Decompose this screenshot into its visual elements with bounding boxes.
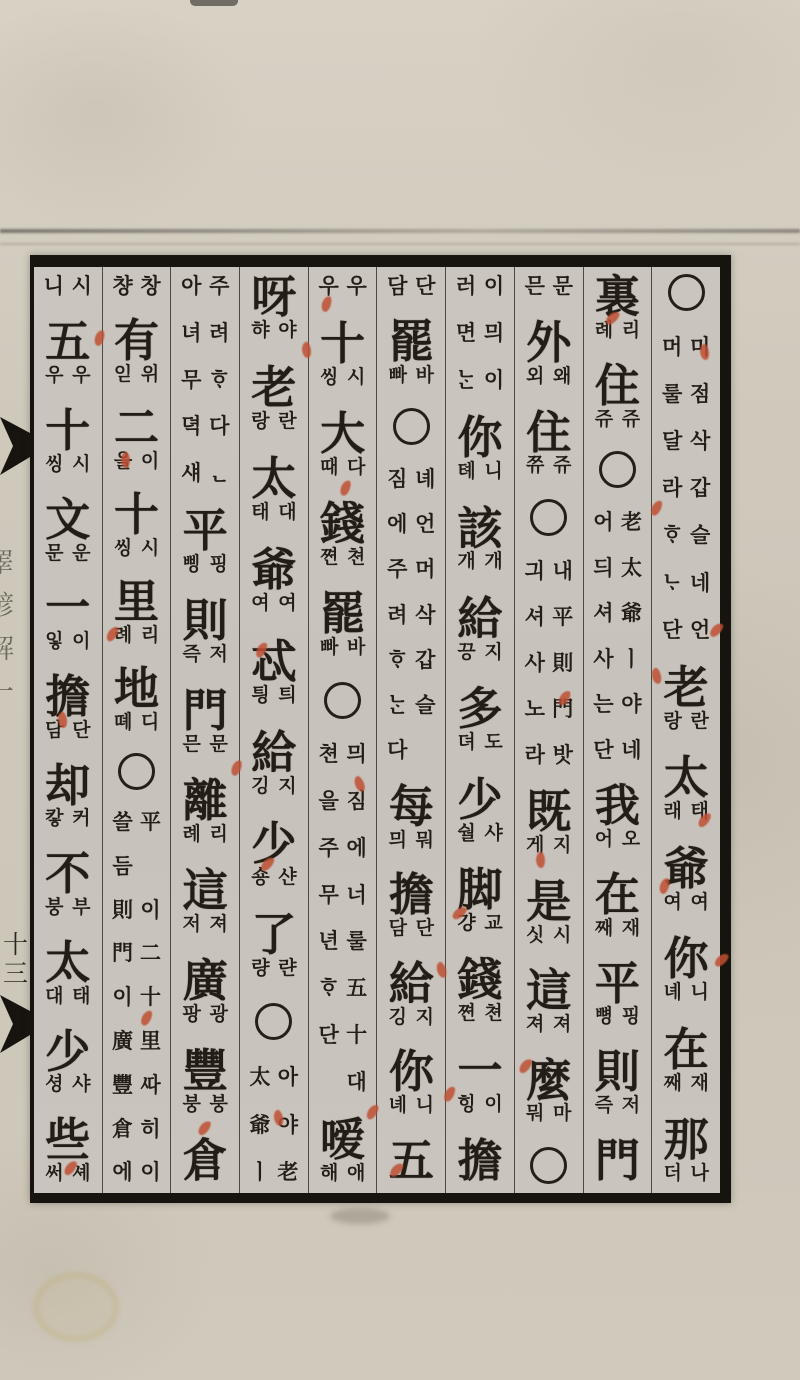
korean-gloss-pair: 倉히: [110, 1117, 164, 1141]
hanja-glyph: 門: [183, 688, 228, 734]
reading-pair: 믜뭐: [385, 830, 437, 851]
hanja-unit: 你녜니: [660, 936, 712, 1003]
hanja-unit: 倉: [183, 1138, 228, 1184]
gloss-left: 긔: [522, 559, 548, 583]
hanja-glyph: 擔: [389, 872, 434, 918]
hanja-unit: 里례리: [111, 579, 163, 646]
gloss-right: 이: [138, 451, 163, 472]
hanja-unit: 給깅지: [385, 961, 437, 1028]
gloss-left: 태: [248, 502, 273, 523]
fold-crease-line: [0, 229, 800, 233]
hanja-unit: 十씽시: [111, 492, 163, 559]
gloss-left: 듸: [590, 556, 616, 580]
gloss-right: 점: [687, 382, 713, 406]
reading-pair: 뭐마: [523, 1103, 575, 1124]
hanja-glyph: 太: [664, 755, 709, 801]
gloss-right: 언: [687, 618, 713, 642]
hanja-glyph: 錢: [458, 957, 503, 1003]
gloss-right: 지: [275, 776, 300, 797]
gloss-right: 도: [481, 732, 506, 753]
hanja-glyph: 爺: [664, 846, 709, 892]
reading-pair: 숼샤: [454, 823, 506, 844]
gloss-right: 다: [344, 457, 369, 478]
gloss-left: 머: [659, 335, 685, 359]
gloss-right: 왜: [550, 366, 575, 387]
gloss-right: 十: [344, 1023, 370, 1047]
reading-pair: 즉저: [179, 644, 231, 665]
hanja-glyph: 有: [114, 318, 159, 364]
hanja-glyph: 里: [114, 579, 159, 625]
gloss-left: 뎍: [178, 414, 204, 438]
gloss-left: 져: [523, 1014, 548, 1035]
reading-pair: 뎌도: [454, 732, 506, 753]
hanja-glyph: 五: [45, 319, 90, 365]
gloss-right: 단: [412, 274, 438, 298]
korean-gloss-pair: 주머: [384, 557, 438, 581]
gloss-left: 째: [591, 918, 616, 939]
gloss-right: 삭: [412, 603, 438, 627]
korean-gloss-pair: ᄂᆞᆫ이: [453, 368, 507, 392]
gloss-left: 則: [110, 898, 136, 922]
gloss-left: 門: [110, 941, 136, 965]
gloss-right: 우: [344, 274, 370, 298]
korean-gloss-pair: ᄒᆞ五: [316, 976, 370, 1000]
reading-pair: 담단: [385, 918, 437, 939]
hanja-glyph: 在: [595, 872, 640, 918]
gloss-right: 틔: [275, 685, 300, 706]
reading-pair: 쥬쥬: [591, 409, 643, 430]
gloss-right: 老: [618, 510, 644, 534]
hanja-glyph: 離: [183, 778, 228, 824]
gloss-left: 싯: [523, 925, 548, 946]
reading-pair: 깅지: [385, 1007, 437, 1028]
gloss-right: 짐: [344, 789, 370, 813]
gloss-right: 五: [344, 976, 370, 1000]
gloss-right: 이: [481, 274, 507, 298]
paper-stain: [33, 1272, 119, 1342]
korean-gloss-pair: 門二: [110, 941, 164, 965]
gloss-right: 내: [550, 559, 576, 583]
reading-pair: 여여: [660, 892, 712, 913]
reading-pair: 문운: [42, 543, 94, 564]
gloss-left: 담: [384, 274, 410, 298]
gloss-left: 씽: [42, 454, 67, 475]
hanja-glyph: 十: [320, 321, 365, 367]
gloss-right: 네: [687, 571, 713, 595]
gloss-left: 에: [384, 512, 410, 536]
gloss-right: ᄒᆞ: [206, 368, 232, 392]
gloss-right: 리: [206, 824, 231, 845]
korean-gloss-pair: 니시: [41, 274, 95, 298]
korean-gloss-pair: 러이: [453, 274, 507, 298]
folio-number: 十三: [3, 931, 28, 989]
gloss-right: 에: [344, 836, 370, 860]
spine-title-char: 解: [0, 636, 22, 663]
gloss-right: 커: [69, 808, 94, 829]
gloss-left: 힝: [454, 1094, 479, 1115]
gloss-right: 단: [412, 918, 437, 939]
gloss-right: 갑: [412, 648, 438, 672]
gloss-right: 붕: [206, 1094, 231, 1115]
gloss-right: 부: [69, 897, 94, 918]
gloss-left: 때: [317, 457, 342, 478]
hanja-unit: 五: [389, 1138, 434, 1184]
hanja-unit: 我어오: [591, 783, 643, 850]
gloss-left: 을: [316, 789, 342, 813]
korean-gloss-pair: 廣里: [110, 1029, 164, 1053]
reading-pair: 셩샤: [42, 1074, 94, 1095]
reading-pair: 톄니: [454, 461, 506, 482]
hanja-unit: 給끙지: [454, 596, 506, 663]
reading-pair: 째재: [660, 1073, 712, 1094]
hanja-glyph: 麼: [526, 1058, 571, 1104]
hanja-unit: 十씽시: [317, 321, 369, 388]
gloss-left: 례: [179, 824, 204, 845]
reading-pair: 끙지: [454, 642, 506, 663]
korean-gloss-pair: 사ㅣ: [590, 647, 644, 671]
page-scan: { "document": { "kind": "woodblock-print…: [0, 0, 800, 1380]
gloss-right: 밧: [550, 743, 576, 767]
korean-gloss-pair: 섄: [178, 461, 232, 485]
gloss-right: 란: [275, 411, 300, 432]
gloss-right: 문: [550, 274, 576, 298]
reading-pair: 싯시: [523, 925, 575, 946]
hanja-unit: 爺여여: [248, 547, 300, 614]
gloss-right: 여: [275, 593, 300, 614]
hanja-unit: 太래태: [660, 755, 712, 822]
circle-separator: [118, 753, 155, 790]
gloss-left: 씽: [317, 367, 342, 388]
gloss-right: 則: [550, 651, 576, 675]
gloss-left: 무: [316, 883, 342, 907]
gloss-right: 아: [275, 1065, 301, 1089]
gloss-left: [316, 1070, 342, 1094]
hanja-unit: 則즉저: [179, 598, 231, 665]
text-column: 裏례리住쥬쥬어老듸太셔爺사ㅣ는야단네我어오在째재平뼝핑則즉저門: [583, 267, 652, 1193]
hanja-glyph: 地: [114, 666, 159, 712]
gloss-left: 뼝: [591, 1006, 616, 1027]
gloss-left: 량: [248, 958, 273, 979]
gloss-right: 여: [687, 892, 712, 913]
text-column: 러이면믜ᄂᆞᆫ이你톄니該개개給끙지多뎌도少숼샤脚걍교錢쪈쳔一힝이擔: [445, 267, 514, 1193]
gloss-left: 달: [659, 429, 685, 453]
korean-gloss-pair: 단十: [316, 1023, 370, 1047]
gloss-right: 저: [618, 1095, 643, 1116]
gloss-left: 삥: [179, 554, 204, 575]
gloss-right: 란: [687, 711, 712, 732]
gloss-right: 바: [344, 637, 369, 658]
hanja-unit: 在째재: [591, 872, 643, 939]
korean-gloss-pair: 챵창: [110, 274, 164, 298]
hanja-glyph: 你: [389, 1049, 434, 1095]
hanja-unit: 你녜니: [385, 1049, 437, 1116]
gloss-right: 재: [618, 918, 643, 939]
spine-title: 睪 諺 解 一: [0, 550, 22, 706]
gloss-left: 倉: [110, 1117, 136, 1141]
gloss-left: 해: [317, 1163, 342, 1184]
korean-gloss-pair: 는야: [590, 692, 644, 716]
gloss-left: 째: [660, 1073, 685, 1094]
gloss-right: 太: [618, 556, 644, 580]
gloss-right: 운: [69, 543, 94, 564]
gloss-right: 시: [550, 925, 575, 946]
text-frame: 머미룰점달삭라갑ᄒᆞ슬ᄂᆞ네단언老랑란太래태爺여여你녜니在째재那더나裏례리住쥬쥬…: [30, 255, 731, 1203]
korean-gloss-pair: 을짐: [316, 789, 370, 813]
gloss-left: 주: [316, 836, 342, 860]
gloss-right: 十: [138, 985, 164, 1009]
spine-title-char: 諺: [0, 593, 22, 620]
gloss-right: 우: [69, 365, 94, 386]
hanja-unit: 則즉저: [591, 1049, 643, 1116]
hanja-glyph: 擔: [458, 1138, 503, 1184]
gloss-left: 외: [523, 366, 548, 387]
gloss-right: 슬: [687, 523, 713, 547]
hanja-glyph: 門: [595, 1138, 640, 1184]
gloss-right: 져: [550, 1014, 575, 1035]
reading-pair: 깅지: [248, 776, 300, 797]
gloss-right: 平: [138, 810, 164, 834]
hanja-glyph: 爺: [251, 547, 296, 593]
korean-gloss-pair: 년룰: [316, 929, 370, 953]
korean-gloss-pair: 대: [316, 1070, 370, 1094]
gloss-right: 단: [69, 720, 94, 741]
gloss-left: 단: [659, 618, 685, 642]
hanja-glyph: 少: [458, 777, 503, 823]
gloss-right: ᆫ: [206, 461, 232, 485]
circle-separator: [599, 451, 636, 488]
korean-gloss-pair: 달삭: [659, 429, 713, 453]
gloss-left: 쮸: [523, 455, 548, 476]
reading-pair: 뗴디: [111, 712, 163, 733]
gloss-left: 豐: [110, 1073, 136, 1097]
gloss-left: 爺: [247, 1113, 273, 1137]
hanja-unit: 離례리: [179, 778, 231, 845]
hanja-glyph: 每: [389, 784, 434, 830]
hanja-unit: 五우우: [42, 319, 94, 386]
reading-pair: 저져: [179, 914, 231, 935]
hanja-unit: 太태대: [248, 456, 300, 523]
hanja-glyph: 平: [183, 508, 228, 554]
hanja-glyph: 你: [664, 936, 709, 982]
gloss-right: ㅣ: [618, 647, 644, 671]
gloss-right: 주: [206, 274, 232, 298]
gloss-left: 셩: [42, 1074, 67, 1095]
reading-pair: 붕부: [42, 897, 94, 918]
hanja-unit: 少숼샤: [454, 777, 506, 844]
text-column: 우우十씽시大때다錢쪈쳔罷빠바쳔믜을짐주에무너년룰ᄒᆞ五단十대嗳해애: [308, 267, 377, 1193]
gloss-left: 어: [591, 829, 616, 850]
hanja-unit: 住쮸쥬: [523, 410, 575, 477]
gloss-right: 핑: [618, 1006, 643, 1027]
hanja-glyph: 是: [526, 879, 571, 925]
hanja-unit: 那더나: [660, 1117, 712, 1184]
hanja-unit: 嗳해애: [317, 1117, 369, 1184]
gloss-right: 나: [687, 1163, 712, 1184]
hanja-unit: 你톄니: [454, 415, 506, 482]
hanja-unit: 地뗴디: [111, 666, 163, 733]
korean-gloss-pair: 무ᄒᆞ: [178, 368, 232, 392]
gloss-right: 디: [138, 712, 163, 733]
hanja-glyph: 該: [458, 506, 503, 552]
gloss-left: 문: [42, 543, 67, 564]
gloss-left: 숼: [454, 823, 479, 844]
gloss-left: 즉: [591, 1095, 616, 1116]
hanja-glyph: 十: [114, 492, 159, 538]
gloss-left: 랑: [660, 711, 685, 732]
circle-separator: [530, 499, 567, 536]
korean-gloss-pair: ᄒᆞ갑: [384, 648, 438, 672]
reading-pair: 읻위: [111, 364, 163, 385]
korean-gloss-pair: 단네: [590, 738, 644, 762]
gloss-right: [412, 738, 438, 762]
korean-gloss-pair: 듬: [110, 854, 164, 878]
gloss-right: 너: [344, 883, 370, 907]
gloss-right: 태: [69, 986, 94, 1007]
gloss-right: 핑: [206, 554, 231, 575]
gloss-right: 애: [344, 1163, 369, 1184]
korean-gloss-pair: 우우: [316, 274, 370, 298]
gloss-right: 지: [481, 642, 506, 663]
hanja-glyph: 些: [45, 1117, 90, 1163]
reading-pair: 례리: [591, 320, 643, 341]
hanja-glyph: 外: [526, 320, 571, 366]
hanja-unit: 麼뭐마: [523, 1058, 575, 1125]
korean-gloss-pair: 짐녜: [384, 467, 438, 491]
gloss-left: 붕: [42, 897, 67, 918]
hanja-glyph: 文: [45, 497, 90, 543]
korean-gloss-pair: 쳔믜: [316, 742, 370, 766]
hanja-unit: 擔담단: [42, 674, 94, 741]
reading-pair: 빠바: [317, 637, 369, 658]
hanja-glyph: 呀: [251, 274, 296, 320]
hanja-unit: 老랑란: [248, 365, 300, 432]
korean-gloss-pair: 면믜: [453, 321, 507, 345]
korean-gloss-pair: ᄒᆞ슬: [659, 523, 713, 547]
gloss-right: ᄯᅡ: [138, 1073, 164, 1097]
gloss-left: 이: [110, 985, 136, 1009]
gloss-right: 야: [275, 320, 300, 341]
gloss-right: 里: [138, 1029, 164, 1053]
reading-pair: 쮸쥬: [523, 455, 575, 476]
gloss-left: 라: [522, 743, 548, 767]
hanja-glyph: 罷: [389, 319, 434, 365]
spine-title-char: 睪: [0, 550, 22, 577]
reading-pair: 쪈쳔: [454, 1003, 506, 1024]
circle-separator: [530, 1147, 567, 1184]
gloss-right: 려: [206, 321, 232, 345]
gloss-right: 갑: [687, 476, 713, 500]
hanja-glyph: 老: [251, 365, 296, 411]
hanja-glyph: 脚: [458, 867, 503, 913]
korean-gloss-pair: 어老: [590, 510, 644, 534]
hanja-glyph: 住: [526, 410, 571, 456]
reading-pair: 씽시: [111, 538, 163, 559]
gloss-left: ᄒᆞ: [316, 976, 342, 1000]
hanja-unit: 老랑란: [660, 665, 712, 732]
gloss-left: 는: [590, 692, 616, 716]
gloss-right: 뭐: [412, 830, 437, 851]
text-columns: 머미룰점달삭라갑ᄒᆞ슬ᄂᆞ네단언老랑란太래태爺여여你녜니在째재那더나裏례리住쥬쥬…: [34, 267, 720, 1193]
korean-gloss-pair: 단언: [659, 618, 713, 642]
reading-pair: 틩틔: [248, 685, 300, 706]
gloss-right: 지: [412, 1007, 437, 1028]
gloss-left: 대: [42, 986, 67, 1007]
hanja-unit: 文문운: [42, 497, 94, 564]
gloss-left: 여: [248, 593, 273, 614]
gloss-right: 시: [344, 367, 369, 388]
gloss-left: 저: [179, 914, 204, 935]
korean-gloss-pair: 사則: [522, 651, 576, 675]
reading-pair: 녜니: [660, 982, 712, 1003]
circle-separator: [393, 408, 430, 445]
spine-margin: 睪 諺 解 一 十三: [0, 255, 30, 1203]
reading-pair: 빠바: [385, 365, 437, 386]
hanja-unit: 有읻위: [111, 318, 163, 385]
korean-gloss-pair: 믄문: [522, 274, 576, 298]
hanja-unit: 裏례리: [591, 274, 643, 341]
hanja-unit: 太대태: [42, 940, 94, 1007]
gloss-right: 언: [412, 512, 438, 536]
reading-pair: 잏이: [42, 631, 94, 652]
reading-pair: 숑샨: [248, 867, 300, 888]
hanja-glyph: 太: [45, 940, 90, 986]
hanja-unit: 門믄문: [179, 688, 231, 755]
gloss-right: 대: [275, 502, 300, 523]
gloss-right: 문: [206, 734, 231, 755]
hanja-unit: 既게지: [523, 789, 575, 856]
gloss-right: 쥬: [550, 455, 575, 476]
hanja-unit: 錢쪈쳔: [317, 501, 369, 568]
gloss-left: 틩: [248, 685, 273, 706]
hanja-unit: 罷빠바: [385, 319, 437, 386]
gloss-right: 이: [69, 631, 94, 652]
hanja-unit: 不붕부: [42, 851, 94, 918]
gloss-left: 챵: [110, 274, 136, 298]
gloss-left: 붕: [179, 1094, 204, 1115]
reading-pair: 개개: [454, 551, 506, 572]
gloss-left: 러: [453, 274, 479, 298]
gloss-left: 년: [316, 929, 342, 953]
gloss-left: 녜: [660, 982, 685, 1003]
hanja-glyph: 則: [595, 1049, 640, 1095]
korean-gloss-pair: 셔爺: [590, 601, 644, 625]
gloss-left: 빠: [385, 365, 410, 386]
hanja-glyph: 嗳: [320, 1117, 365, 1163]
reading-pair: 게지: [523, 835, 575, 856]
gloss-right: 平: [550, 605, 576, 629]
hanja-unit: 這져져: [523, 968, 575, 1035]
hanja-unit: 每믜뭐: [385, 784, 437, 851]
gloss-left: 잏: [42, 631, 67, 652]
text-column: 믄문外외왜住쮸쥬긔내셔平사則노門라밧既게지是싯시這져져麼뭐마: [514, 267, 583, 1193]
hanja-glyph: 那: [664, 1117, 709, 1163]
gloss-left: 깅: [248, 776, 273, 797]
gloss-right: 이: [138, 898, 164, 922]
hanja-unit: 一잏이: [42, 585, 94, 652]
hanja-glyph: 平: [595, 961, 640, 1007]
gloss-left: 우: [316, 274, 342, 298]
gloss-left: 단: [316, 1023, 342, 1047]
hanja-glyph: 錢: [320, 501, 365, 547]
hanja-unit: 豐붕붕: [179, 1048, 231, 1115]
hanja-unit: 該개개: [454, 506, 506, 573]
circle-separator: [255, 1003, 292, 1040]
korean-gloss-pair: 太아: [247, 1065, 301, 1089]
gloss-left: 무: [178, 368, 204, 392]
gloss-right: 룰: [344, 929, 370, 953]
gloss-right: 믜: [481, 321, 507, 345]
reading-pair: 져져: [523, 1014, 575, 1035]
